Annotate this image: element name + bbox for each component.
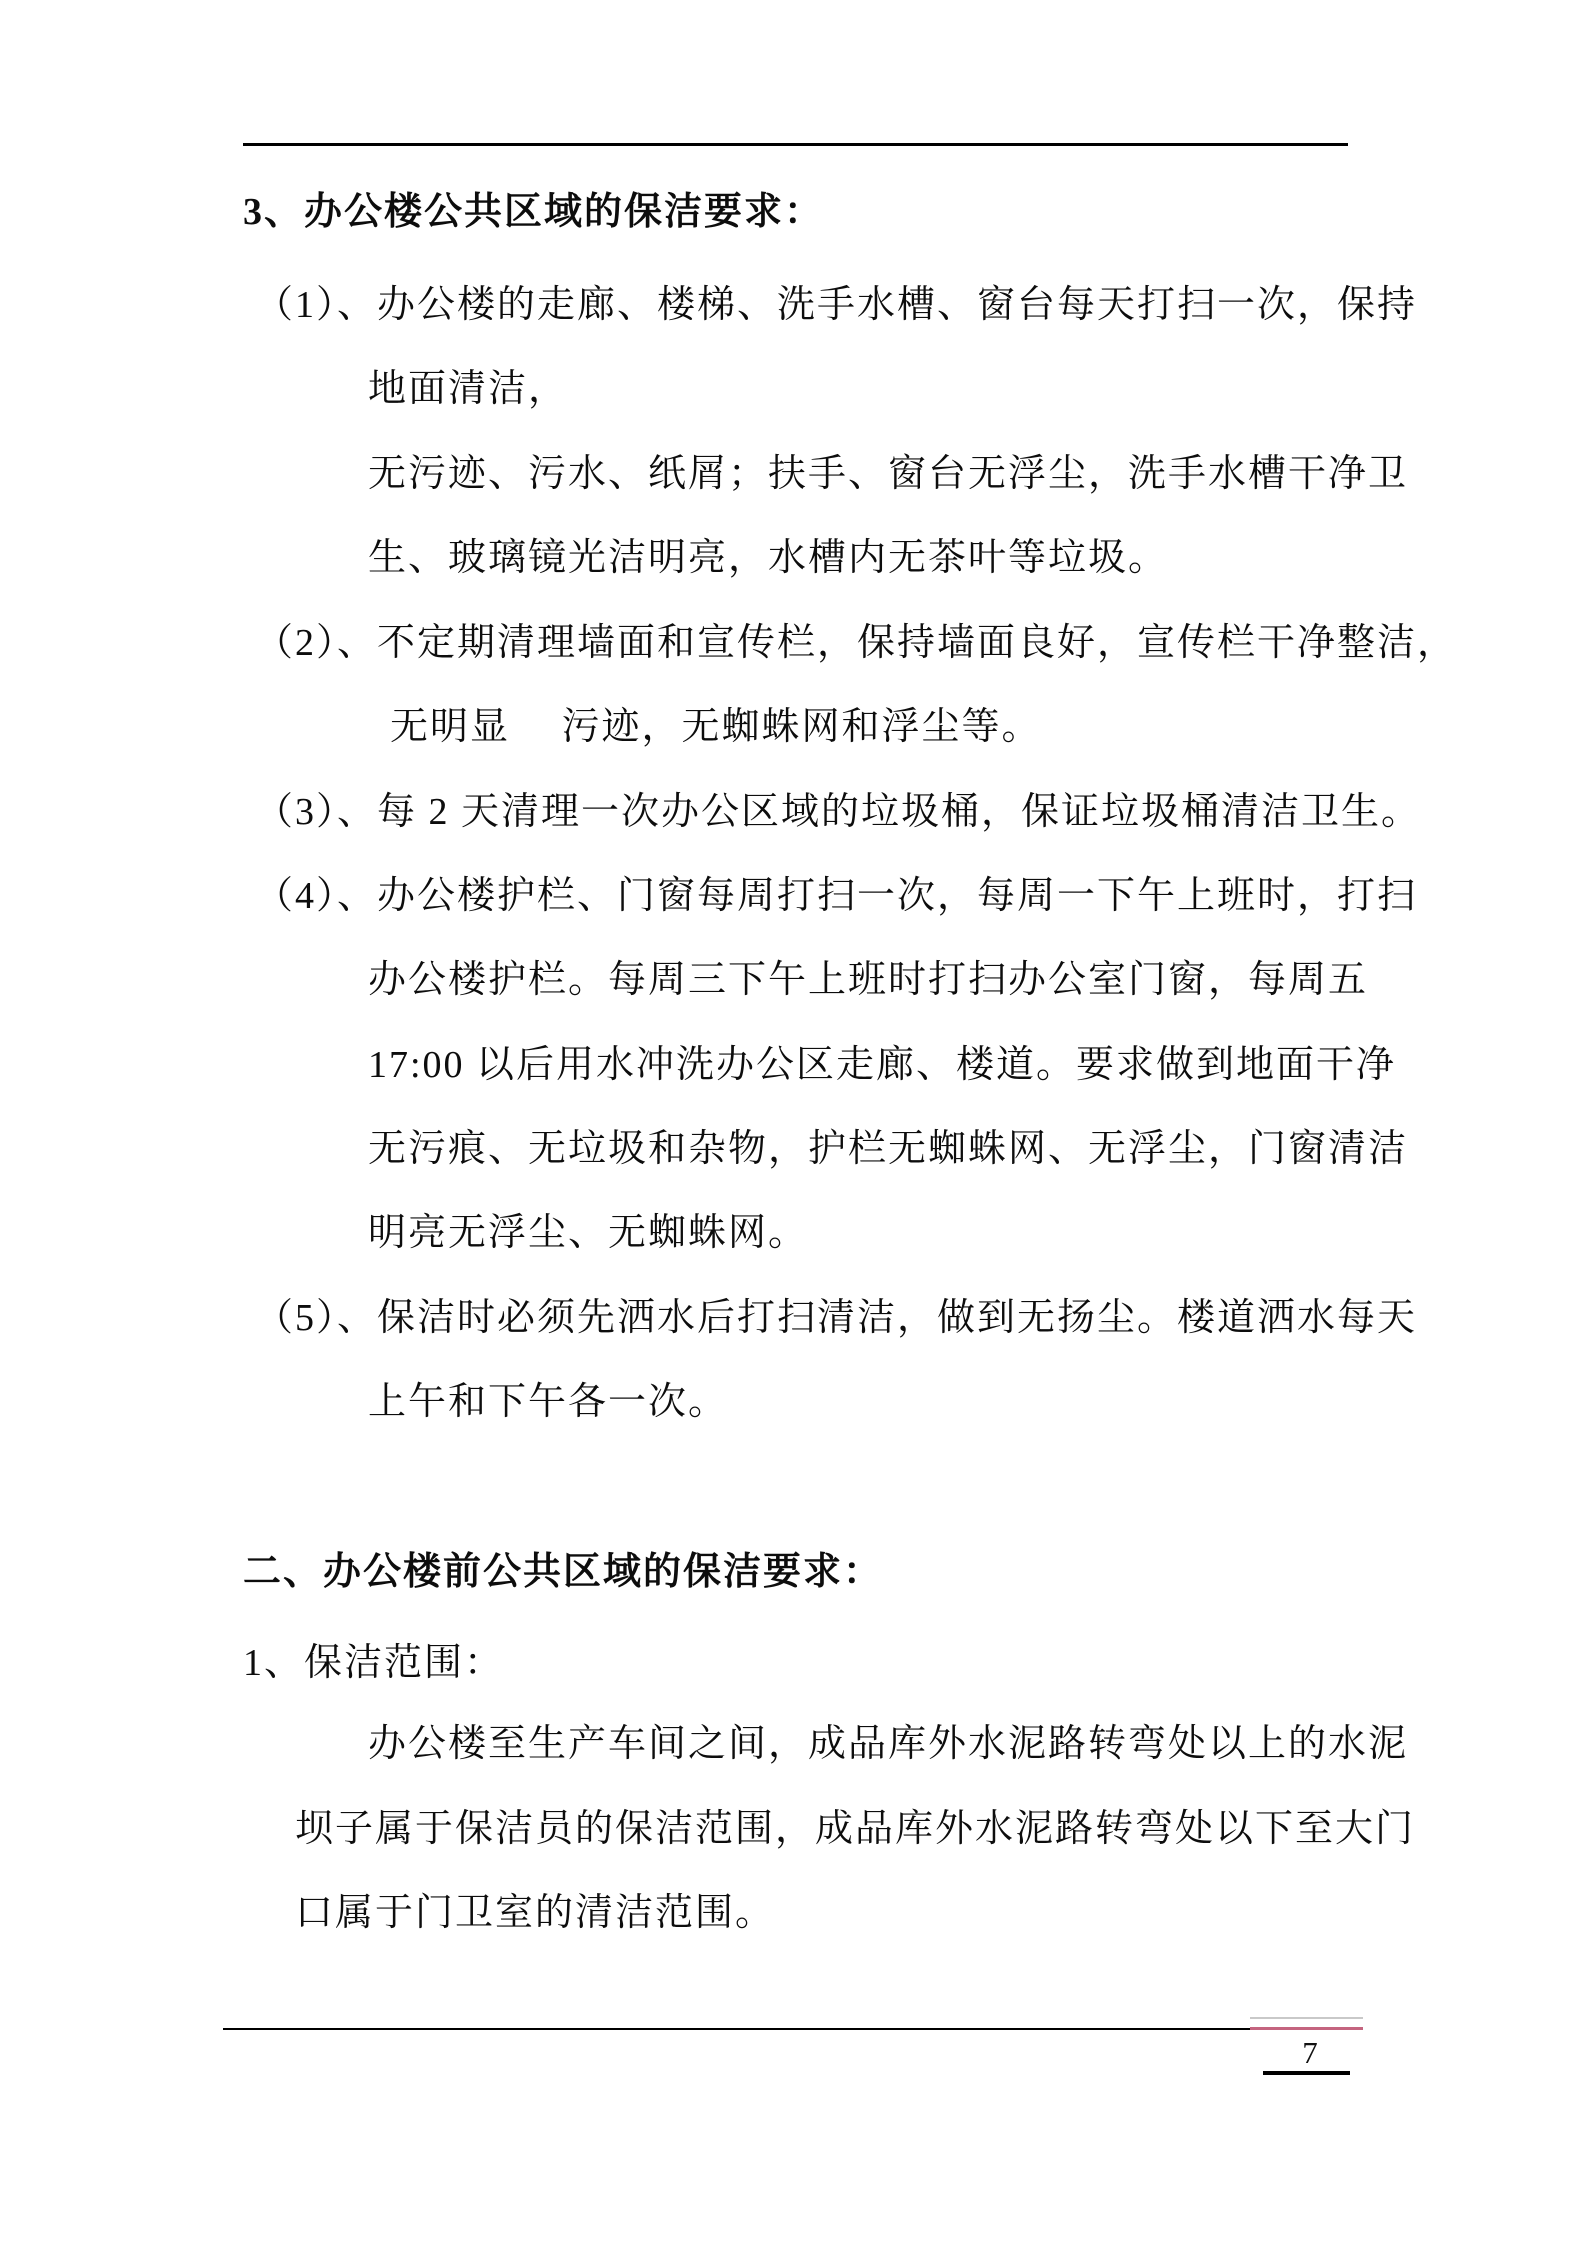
text-line: 3、办公楼公共区域的保洁要求： [243,190,824,234]
text-line: 生、玻璃镜光洁明亮，水槽内无茶叶等垃圾。 [368,536,1168,580]
page-number: 7 [1290,2036,1330,2070]
text-line: 无明显 污迹，无蜘蛛网和浮尘等。 [390,705,1042,749]
text-line: 坝子属于保洁员的保洁范围，成品库外水泥路转弯处以下至大门 [295,1807,1415,1851]
footer-rule [223,2028,1250,2030]
text-line: 无污痕、无垃圾和杂物，护栏无蜘蛛网、无浮尘，门窗清洁 [368,1127,1408,1171]
text-line: （4）、办公楼护栏、门窗每周打扫一次，每周一下午上班时，打扫 [255,874,1417,918]
text-line: 无污迹、污水、纸屑；扶手、窗台无浮尘，洗手水槽干净卫 [368,452,1408,496]
document-page: 3、办公楼公共区域的保洁要求：（1）、办公楼的走廊、楼梯、洗手水槽、窗台每天打扫… [0,0,1587,2245]
text-line: （5）、保洁时必须先洒水后打扫清洁，做到无扬尘。楼道洒水每天 [255,1296,1417,1340]
text-line: 办公楼至生产车间之间，成品库外水泥路转弯处以上的水泥 [368,1722,1408,1766]
text-line: （1）、办公楼的走廊、楼梯、洗手水槽、窗台每天打扫一次，保持 [255,283,1417,327]
text-line: 明亮无浮尘、无蜘蛛网。 [368,1211,808,1255]
text-line: （3）、每 2 天清理一次办公区域的垃圾桶，保证垃圾桶清洁卫生。 [255,790,1421,834]
text-line: 地面清洁， [368,367,568,411]
header-rule [243,143,1348,146]
footer-accent-line [1250,2027,1363,2030]
text-line: 办公楼护栏。每周三下午上班时打扫办公室门窗，每周五 [368,958,1368,1002]
page-number-underline [1263,2071,1350,2075]
text-line: 二、办公楼前公共区域的保洁要求： [243,1550,883,1594]
text-line: 1、保洁范围： [243,1641,504,1685]
text-line: 上午和下午各一次。 [368,1380,728,1424]
text-line: 17:00 以后用水冲洗办公区走廊、楼道。要求做到地面干净 [368,1043,1396,1087]
footer-accent-shadow-line [1250,2017,1363,2019]
text-line: （2）、不定期清理墙面和宣传栏，保持墙面良好，宣传栏干净整洁， [255,621,1457,665]
text-line: 口属于门卫室的清洁范围。 [295,1891,775,1935]
